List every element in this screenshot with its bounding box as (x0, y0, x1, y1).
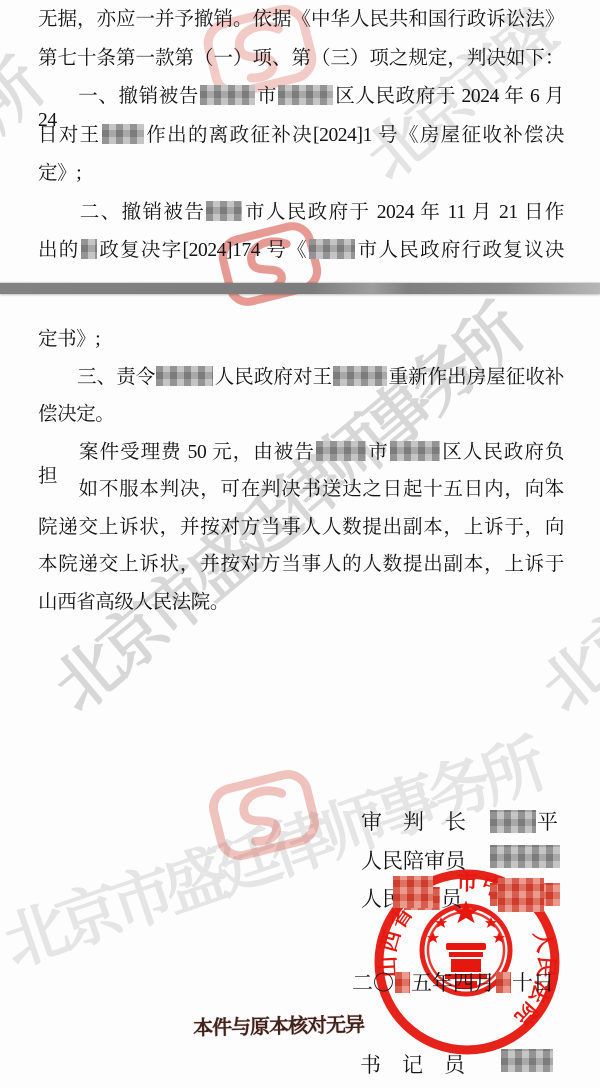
signature-label-text: 审 判 长 (361, 810, 466, 834)
redaction-block (316, 441, 366, 461)
body-line: 二、撤销被告市人民政府于 2024 年 11 月 21 日作 (38, 201, 564, 225)
redaction-block (156, 366, 213, 386)
redaction-block (395, 972, 410, 993)
signature-name (489, 845, 561, 870)
body-line: 定书》; (38, 328, 564, 352)
redaction-block (490, 845, 560, 868)
body-text: 如不服本判决，可在判决书送达之日起十五日内，向本 (38, 479, 564, 500)
redaction-block (309, 239, 355, 259)
body-line: 本院递交上诉状，并按对方当事人的人数提出副本，上诉于 (38, 553, 564, 577)
watermark-text: 北京市盛廷律师事务所 (518, 299, 600, 729)
date-text: 十日 (512, 971, 554, 995)
body-line: 日对王作出的离政征补决[2024]1 号《房屋征收补偿决 (38, 124, 564, 148)
signature-label-text: 员 (441, 887, 462, 911)
body-text: 三、责令 (38, 367, 155, 388)
body-text: 市人民政府于 2024 年 11 月 21 日作 (243, 202, 564, 223)
body-line: 如不服本判决，可在判决书送达之日起十五日内，向本 (38, 478, 564, 502)
body-text: 政复决字[2024]174 号《 (98, 240, 308, 261)
body-text: 偿决定。 (38, 404, 114, 425)
body-text: 市 (256, 86, 277, 107)
law-firm-logo-icon (212, 215, 327, 313)
body-line: 三、责令人民政府对王重新作出房屋征收补 (38, 366, 564, 390)
signature-label-text: 人民陪审员 (361, 849, 466, 873)
body-text: 无据，亦应一并予撤销。依据《中华人民共和国行政诉讼法》 (38, 9, 564, 30)
signature-name-text: 平 (537, 810, 558, 834)
signature-label: 审 判 长 (361, 806, 466, 836)
body-line: 出的政复决字[2024]174 号《市人民政府行政复议决 (38, 239, 564, 263)
judgment-date: 二〇五年四月十日 (352, 967, 554, 997)
body-text: 重新作出房屋征收补 (388, 367, 564, 388)
redaction-block (206, 201, 242, 221)
verification-stamp: 本件与原本核对无异 (193, 1008, 365, 1041)
body-text: 二、撤销被告 (38, 202, 205, 223)
redaction-block (333, 366, 387, 386)
body-text: 出的 (38, 240, 80, 261)
redaction-block (102, 124, 144, 144)
body-line: 院递交上诉状，并按对方当事人人数提出副本，上诉于，向 (38, 516, 564, 540)
body-text: 市人民政府行政复议决 (356, 240, 564, 261)
body-line: 第七十条第一款第（一）项、第（三）项之规定，判决如下： (38, 47, 564, 71)
body-text: 定书》; (38, 329, 100, 350)
redaction-block (81, 239, 97, 259)
law-firm-logo-icon (202, 763, 326, 867)
redaction-block (278, 85, 333, 105)
redaction-block (496, 972, 511, 993)
seal-redaction-patch (393, 876, 433, 908)
official-court-seal: 山西省 市中 人民法院 (337, 847, 597, 1077)
body-text: 市 (367, 442, 389, 463)
body-text: 院递交上诉状，并按对方当事人人数提出副本，上诉于，向 (38, 517, 564, 538)
body-text: 本院递交上诉状，并按对方当事人的人数提出副本，上诉于 (38, 554, 564, 575)
judgment-document-page: 北京市盛廷律师事务所 北京市盛廷律师事务所 北京市盛 北京市盛廷律师事务所 北京… (0, 0, 600, 1088)
redaction-block (390, 441, 440, 461)
date-text: 二〇 (352, 971, 394, 995)
body-text: 山西省高级人民法院。 (38, 592, 229, 613)
body-text: 定》; (38, 163, 81, 184)
signature-name: 平 (489, 806, 558, 836)
body-text: 日对王 (38, 125, 101, 146)
photo-stitch-band (0, 283, 600, 294)
body-text: 案件受理费 50 元，由被告 (38, 442, 315, 463)
body-line: 定》; (38, 162, 564, 186)
body-line: 偿决定。 (38, 403, 564, 427)
date-text: 五年四月 (411, 971, 495, 995)
body-line: 山西省高级人民法院。 (38, 591, 564, 615)
redaction-block (490, 810, 536, 833)
body-line: 无据，亦应一并予撤销。依据《中华人民共和国行政诉讼法》 (38, 8, 564, 32)
redaction-block (200, 85, 255, 105)
clerk-label: 书 记 员 (360, 1049, 465, 1079)
body-text: 一、撤销被告 (38, 86, 199, 107)
redaction-block (501, 1049, 553, 1072)
clerk-name (500, 1049, 554, 1074)
body-text: 作出的离政征补决[2024]1 号《房屋征收补偿决 (145, 125, 564, 146)
signature-label: 人民陪审员 (361, 845, 466, 875)
body-text: 第七十条第一款第（一）项、第（三）项之规定，判决如下： (38, 48, 564, 69)
body-text: 人民政府对王 (214, 367, 332, 388)
seal-redaction-patch (498, 878, 544, 912)
